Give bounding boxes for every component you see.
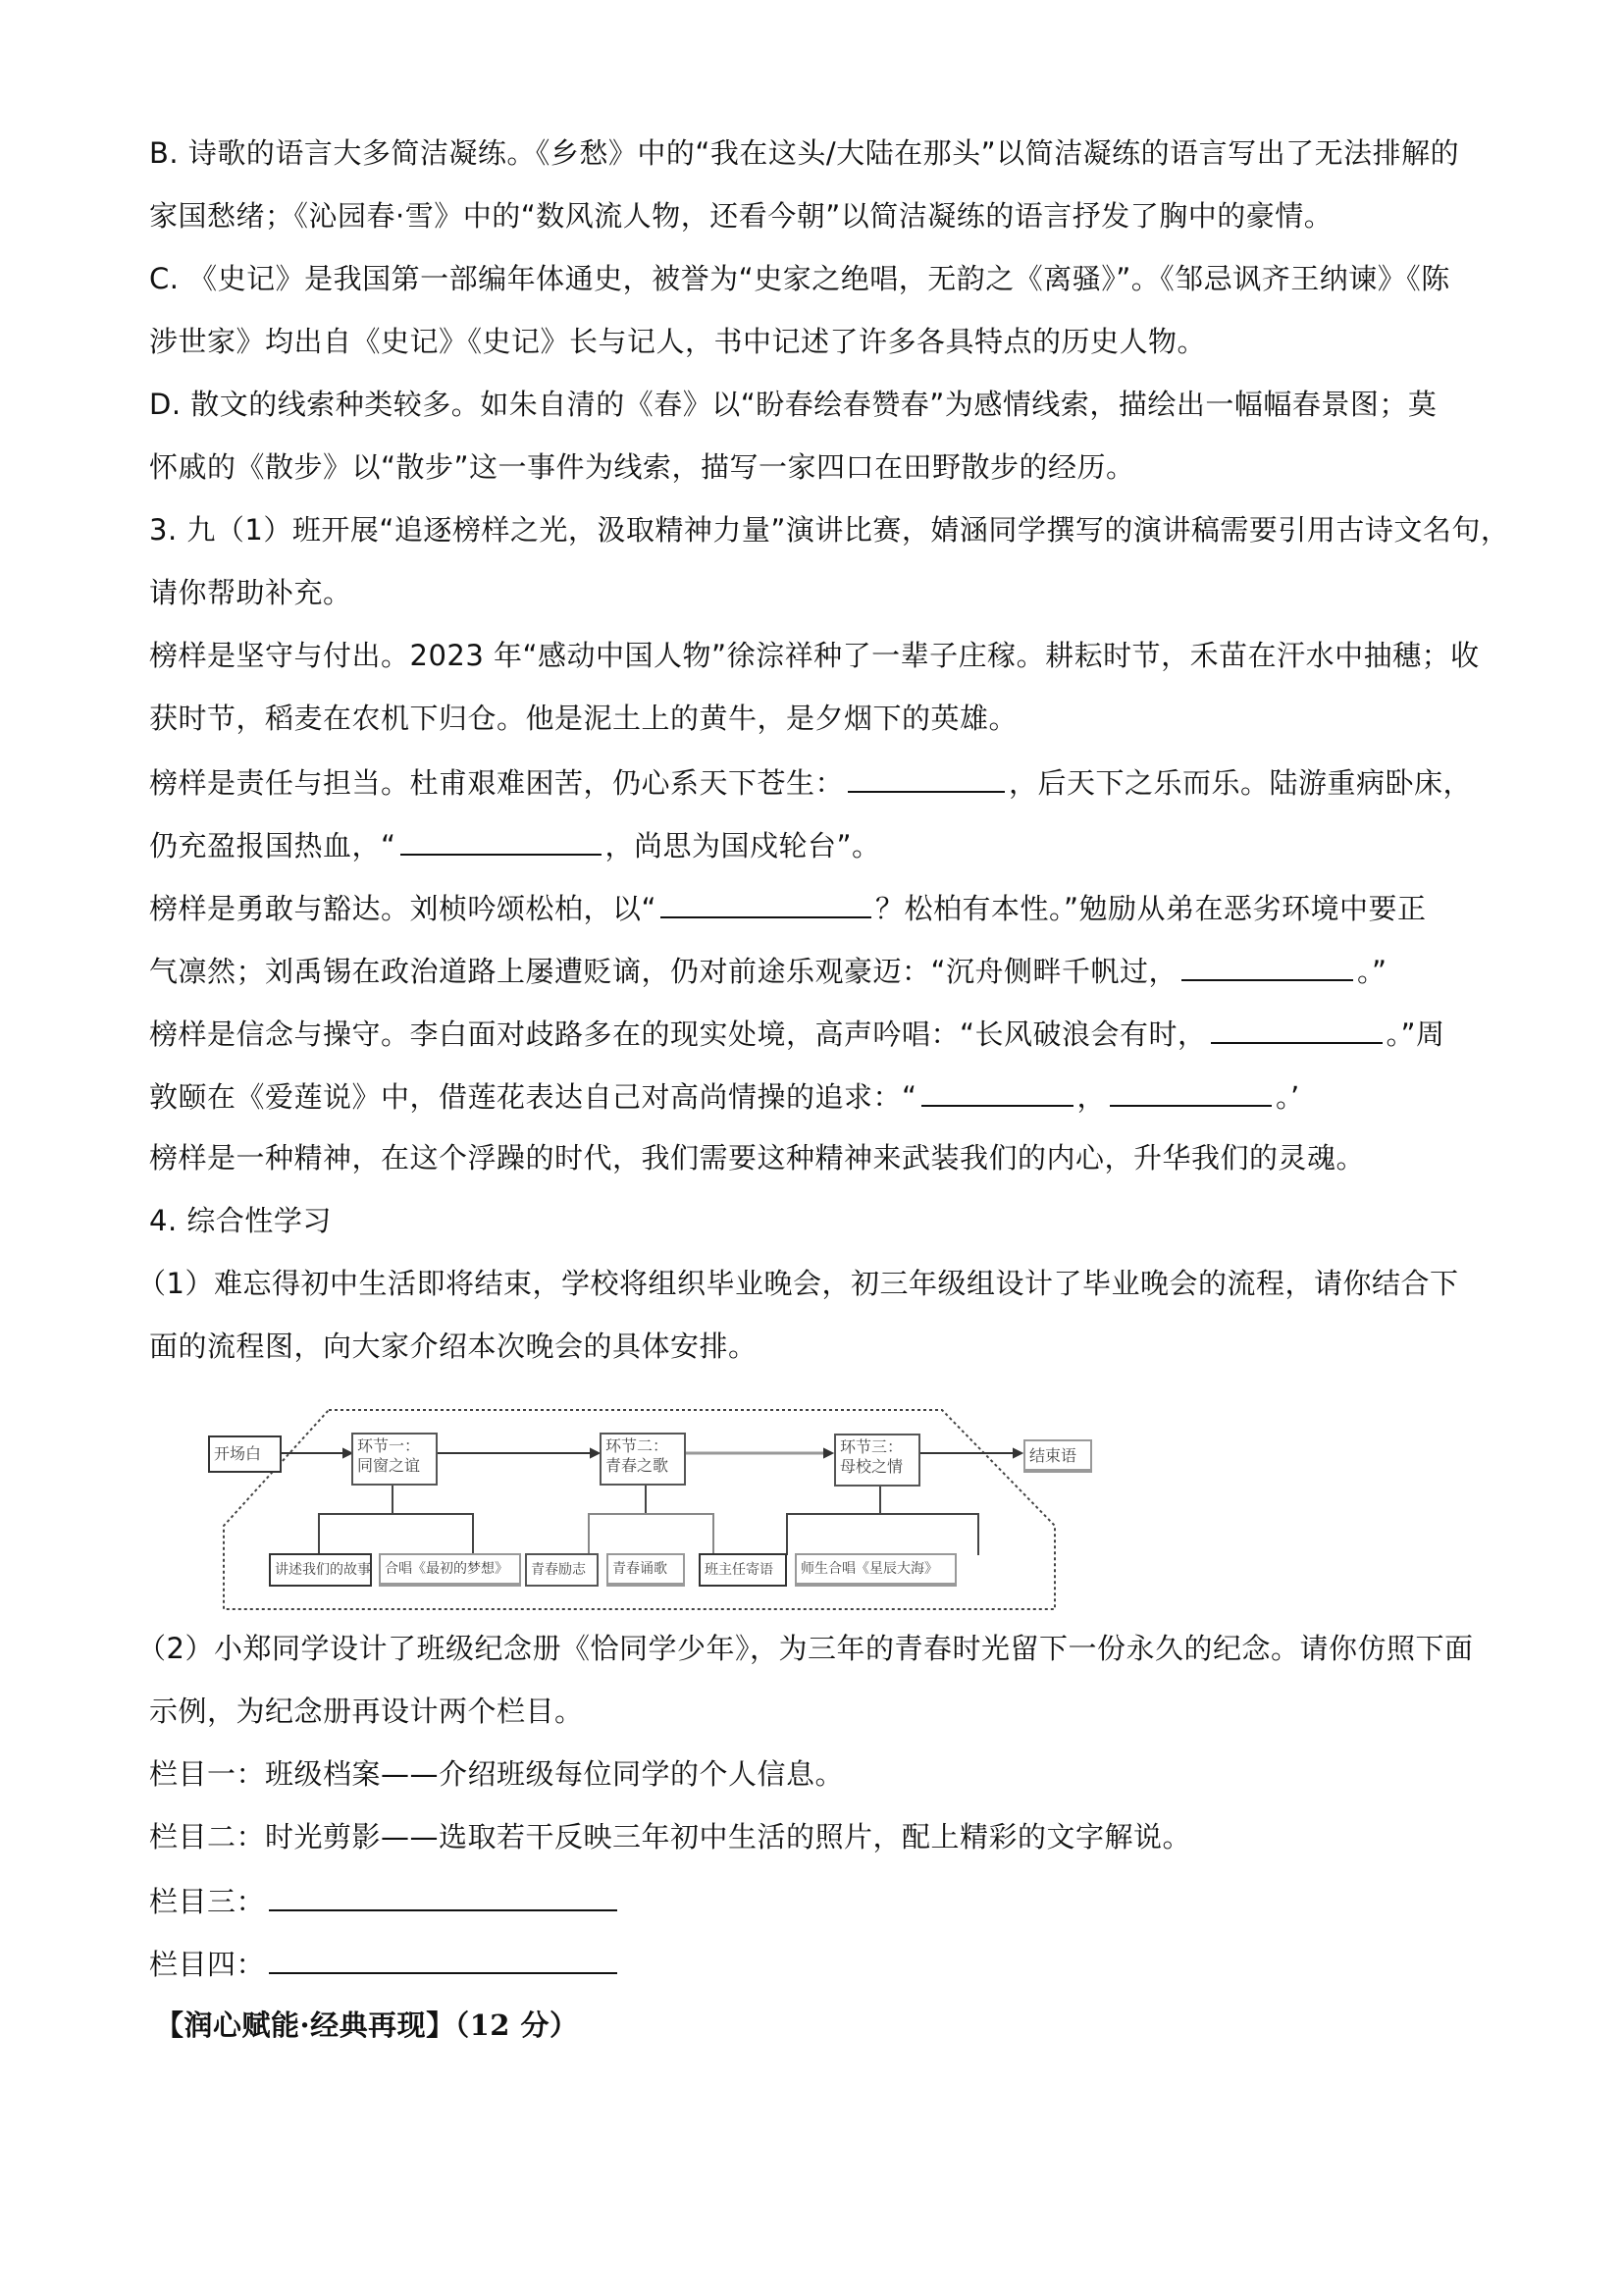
- answer-blank[interactable]: [660, 889, 871, 918]
- text: ，: [1077, 1080, 1107, 1114]
- answer-blank[interactable]: [1181, 952, 1353, 981]
- stage-3-name: 母校之情: [840, 1457, 915, 1477]
- answer-blank[interactable]: [1211, 1015, 1383, 1044]
- q4-column-2: 栏目二：时光剪影——选取若干反映三年初中生活的照片，配上精彩的文字解说。: [149, 1819, 1191, 1854]
- option-c-line1: C. 《史记》是我国第一部编年体通史，被誉为“史家之绝唱，无韵之《离骚》”。《邹…: [149, 261, 1450, 296]
- text: 。”周: [1387, 1018, 1445, 1051]
- q4-sub1-line2: 面的流程图，向大家介绍本次晚会的具体安排。: [149, 1329, 758, 1364]
- graduation-flowchart: 开场白 环节一： 同窗之谊 环节二： 青春之歌 环节三： 母校之情 结束语 讲述…: [196, 1398, 1138, 1619]
- option-c-line2: 涉世家》均出自《史记》《史记》长与记人，书中记述了许多各具特点的历史人物。: [149, 324, 1206, 359]
- text: 榜样是信念与操守。李白面对歧路多在的现实处境，高声吟唱：“长风破浪会有时，: [149, 1018, 1207, 1051]
- stage-3-label: 环节三：: [840, 1437, 915, 1457]
- q3-para4-line2: 敦颐在《爱莲说》中，借莲花表达自己对高尚情操的追求：“，。’: [149, 1077, 1300, 1115]
- flow-child-2-1: 青春励志: [525, 1553, 599, 1587]
- text: ？松柏有本性。”勉励从弟在恶劣环境中要正: [875, 892, 1427, 925]
- q4-title: 4. 综合性学习: [149, 1203, 332, 1238]
- text: 榜样是责任与担当。杜甫艰难困苦，仍心系天下苍生：: [149, 766, 844, 800]
- q3-para4-line1: 榜样是信念与操守。李白面对歧路多在的现实处境，高声吟唱：“长风破浪会有时，。”周: [149, 1015, 1445, 1052]
- text: 仍充盈报国热血，“: [149, 829, 396, 862]
- flow-child-3-2: 师生合唱《星辰大海》: [795, 1553, 957, 1587]
- text: 敦颐在《爱莲说》中，借莲花表达自己对高尚情操的追求：“: [149, 1080, 917, 1114]
- q3-para1-line1: 榜样是坚守与付出。2023 年“感动中国人物”徐淙祥种了一辈子庄稼。耕耘时节，禾…: [149, 638, 1480, 673]
- answer-blank[interactable]: [1110, 1077, 1272, 1107]
- q3-para2-line2: 仍充盈报国热血，“，尚思为国戍轮台”。: [149, 826, 881, 863]
- q3-para2-line1: 榜样是责任与担当。杜甫艰难困苦，仍心系天下苍生：，后天下之乐而乐。陆游重病卧床，: [149, 763, 1472, 801]
- text: 。’: [1276, 1080, 1300, 1114]
- option-b-line2: 家国愁绪；《沁园春·雪》中的“数风流人物，还看今朝”以简洁凝练的语言抒发了胸中的…: [149, 198, 1333, 234]
- text: 气凛然；刘禹锡在政治道路上屡遭贬谪，仍对前途乐观豪迈：“沉舟侧畔千帆过，: [149, 955, 1178, 988]
- flow-start-box: 开场白: [208, 1435, 282, 1473]
- stage-2-label: 环节二：: [605, 1436, 680, 1456]
- q3-para5: 榜样是一种精神，在这个浮躁的时代，我们需要这种精神来武装我们的内心，升华我们的灵…: [149, 1140, 1365, 1175]
- q4-column-3: 栏目三：: [149, 1882, 621, 1919]
- q4-column-1: 栏目一：班级档案——介绍班级每位同学的个人信息。: [149, 1756, 844, 1792]
- stage-1-name: 同窗之谊: [357, 1456, 432, 1476]
- text: 榜样是勇敢与豁达。刘桢吟颂松柏，以“: [149, 892, 656, 925]
- q3-para3-line1: 榜样是勇敢与豁达。刘桢吟颂松柏，以“？松柏有本性。”勉励从弟在恶劣环境中要正: [149, 889, 1427, 926]
- flow-child-3-1: 班主任寄语: [699, 1553, 787, 1587]
- flow-stage-2: 环节二： 青春之歌: [600, 1433, 686, 1486]
- answer-blank[interactable]: [400, 826, 602, 856]
- column-3-answer-blank[interactable]: [269, 1882, 617, 1911]
- answer-blank[interactable]: [921, 1077, 1073, 1107]
- q3-prompt-line1: 3. 九（1）班开展“追逐榜样之光，汲取精神力量”演讲比赛，婧涵同学撰写的演讲稿…: [149, 512, 1509, 548]
- option-d-line1: D. 散文的线索种类较多。如朱自清的《春》以“盼春绘春赞春”为感情线索，描绘出一…: [149, 387, 1437, 422]
- text: ，尚思为国戍轮台”。: [605, 829, 881, 862]
- q3-para1-line2: 获时节，稻麦在农机下归仓。他是泥土上的黄牛，是夕烟下的英雄。: [149, 701, 1018, 736]
- q3-para3-line2: 气凛然；刘禹锡在政治道路上屡遭贬谪，仍对前途乐观豪迈：“沉舟侧畔千帆过，。”: [149, 952, 1387, 989]
- column-4-label: 栏目四：: [149, 1948, 265, 1981]
- section-heading: 【润心赋能·经典再现】（12 分）: [155, 2008, 579, 2043]
- q4-sub2-line2: 示例，为纪念册再设计两个栏目。: [149, 1694, 584, 1729]
- flow-child-2-2: 青春诵歌: [606, 1553, 685, 1587]
- flow-stage-1: 环节一： 同窗之谊: [351, 1433, 438, 1486]
- text: ，后天下之乐而乐。陆游重病卧床，: [1009, 766, 1472, 800]
- text: 。”: [1357, 955, 1387, 988]
- q3-prompt-line2: 请你帮助补充。: [149, 575, 352, 610]
- flow-child-1-1: 讲述我们的故事: [269, 1553, 372, 1587]
- column-3-label: 栏目三：: [149, 1885, 265, 1918]
- option-d-line2: 怀戚的《散步》以“散步”这一事件为线索，描写一家四口在田野散步的经历。: [149, 449, 1135, 485]
- column-4-answer-blank[interactable]: [269, 1945, 617, 1974]
- q4-sub1-line1: （1）难忘得初中生活即将结束，学校将组织毕业晚会，初三年级组设计了毕业晚会的流程…: [137, 1266, 1458, 1301]
- flow-end-box: 结束语: [1023, 1439, 1092, 1473]
- answer-blank[interactable]: [848, 763, 1005, 793]
- flow-stage-3: 环节三： 母校之情: [834, 1434, 920, 1487]
- flow-child-1-2: 合唱《最初的梦想》: [379, 1553, 521, 1587]
- stage-2-name: 青春之歌: [605, 1456, 680, 1476]
- stage-1-label: 环节一：: [357, 1436, 432, 1456]
- q4-sub2-line1: （2）小郑同学设计了班级纪念册《恰同学少年》，为三年的青春时光留下一份永久的纪念…: [137, 1631, 1473, 1666]
- option-b-line1: B. 诗歌的语言大多简洁凝练。《乡愁》中的“我在这头/大陆在那头”以简洁凝练的语…: [149, 135, 1459, 171]
- q4-column-4: 栏目四：: [149, 1945, 621, 1982]
